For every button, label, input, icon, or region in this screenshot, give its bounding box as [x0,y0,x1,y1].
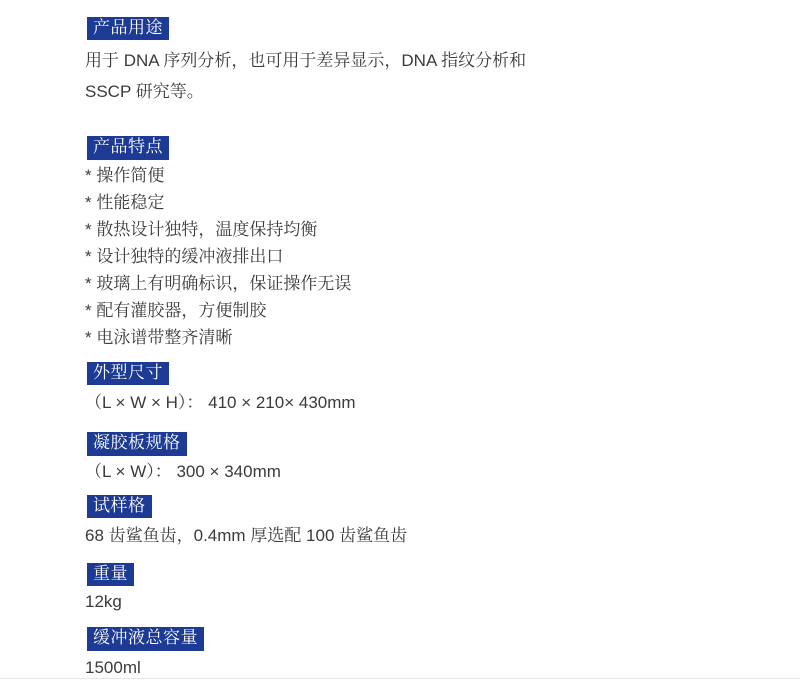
text-line: 用于 DNA 序列分析，也可用于差异显示，DNA 指纹分析和 [85,45,760,76]
feature-list: * 操作简便 * 性能稳定 * 散热设计独特，温度保持均衡 * 设计独特的缓冲液… [85,162,760,351]
badge-gel-plate-size: 凝胶板规格 [87,432,187,455]
feature-item: * 电泳谱带整齐清晰 [85,324,760,351]
badge-buffer-capacity: 缓冲液总容量 [87,627,204,650]
product-use-description: 用于 DNA 序列分析，也可用于差异显示，DNA 指纹分析和 SSCP 研究等。 [85,45,760,107]
feature-item: * 设计独特的缓冲液排出口 [85,243,760,270]
product-spec-page: 产品用途 用于 DNA 序列分析，也可用于差异显示，DNA 指纹分析和 SSCP… [0,0,800,682]
weight-value: 12kg [85,588,760,615]
badge-product-use: 产品用途 [87,17,169,40]
bottom-divider [0,678,800,679]
buffer-capacity-value: 1500ml [85,654,760,681]
feature-item: * 性能稳定 [85,189,760,216]
feature-item: * 玻璃上有明确标识，保证操作无误 [85,270,760,297]
badge-product-features: 产品特点 [87,136,169,159]
badge-sample-comb: 试样格 [87,495,152,518]
content: 产品用途 用于 DNA 序列分析，也可用于差异显示，DNA 指纹分析和 SSCP… [0,0,800,681]
gel-plate-size-value: （L × W）： 300 × 340mm [85,458,760,485]
feature-item: * 操作简便 [85,162,760,189]
feature-item: * 配有灌胶器，方便制胶 [85,297,760,324]
feature-item: * 散热设计独特，温度保持均衡 [85,216,760,243]
badge-weight: 重量 [87,563,134,586]
dimensions-value: （L × W × H）： 410 × 210× 430mm [85,389,760,416]
badge-dimensions: 外型尺寸 [87,362,169,385]
text-line: SSCP 研究等。 [85,76,760,107]
sample-comb-value: 68 齿鲨鱼齿，0.4mm 厚选配 100 齿鲨鱼齿 [85,522,760,549]
